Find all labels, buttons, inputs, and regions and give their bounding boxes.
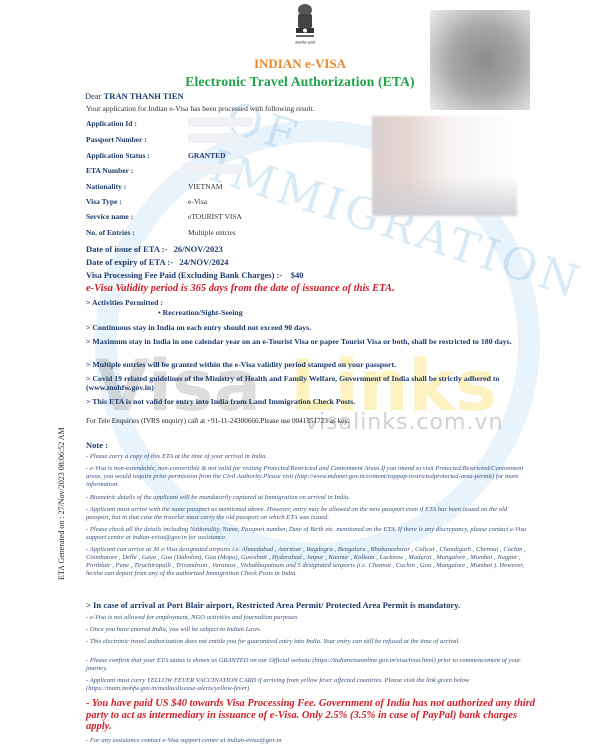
note-item: - Please check all the details including… — [86, 526, 531, 542]
condition-item: > This ETA is not valid for entry into I… — [86, 397, 526, 406]
generated-timestamp: ETA Generated on : 27/Nov/2023 08:06:52 … — [57, 427, 66, 580]
support-contact: - For any assistance contact e-Visa supp… — [86, 737, 531, 745]
port-blair-notice: > In case of arrival at Port Blair airpo… — [86, 600, 460, 610]
note-item: - Once you have entered India, you will … — [86, 626, 531, 634]
note-heading: Note : — [86, 440, 108, 450]
nationality-value: VIETNAM — [188, 182, 223, 191]
fee-label: Visa Processing Fee Paid (Excluding Bank… — [86, 270, 282, 280]
condition-item: > Multiple entries will be granted withi… — [86, 360, 526, 369]
national-emblem-icon: सत्यमेव जयते — [290, 2, 320, 46]
application-status-value: GRANTED — [188, 151, 226, 160]
document-title: INDIAN e-VISA — [0, 56, 600, 72]
field-label: Nationality : — [86, 182, 126, 191]
entries-value: Multiple entries — [188, 228, 236, 237]
applicant-photo — [372, 116, 517, 216]
eta-document: OF IMMIGRATION Visa Links visalinks.com.… — [0, 0, 600, 750]
intro-text: Your application for Indian e-Visa has b… — [86, 104, 315, 113]
activities-label: > Activities Permitted : — [86, 298, 526, 307]
field-label: ETA Number : — [86, 166, 133, 175]
greeting: Dear TRAN THANH TIEN — [85, 91, 184, 101]
greeting-prefix: Dear — [85, 91, 102, 101]
activity-item: • Recreation/Sight-Seeing — [158, 308, 598, 317]
fee-row: Visa Processing Fee Paid (Excluding Bank… — [86, 270, 303, 280]
note-item: - Applicant must arrive with the same pa… — [86, 506, 531, 522]
expiry-date-label: Date of expiry of ETA :- — [86, 257, 173, 267]
field-label: No. of Entries : — [86, 228, 135, 237]
service-name-value: eTOURIST VISA — [188, 212, 242, 221]
applicant-name: TRAN THANH TIEN — [104, 91, 184, 101]
validity-notice: e-Visa Validity period is 365 days from … — [86, 283, 395, 294]
condition-item: > Continuous stay in India on each entry… — [86, 323, 526, 332]
note-item: - e-Visa is non-extendable, non-converti… — [86, 465, 531, 489]
note-item: - Applicant can arrive at 30 e-Visa desi… — [86, 546, 531, 578]
field-label: Application Id : — [86, 119, 137, 128]
document-subtitle: Electronic Travel Authorization (ETA) — [0, 74, 600, 90]
visa-type-value: e-Visa — [188, 197, 207, 206]
redacted-passport-number — [188, 133, 243, 143]
condition-item: > Covid 19 related guidelines of the Min… — [86, 374, 526, 392]
expiry-date-value: 24/NOV/2024 — [179, 257, 228, 267]
issue-date-value: 26/NOV/2023 — [174, 244, 223, 254]
field-label: Application Status : — [86, 151, 150, 160]
field-label: Visa Type : — [86, 197, 122, 206]
condition-item: > Maximum stay in India in one calendar … — [86, 337, 526, 346]
note-item: - Please confirm that your ETA status is… — [86, 657, 531, 673]
note-item: - Please carry a copy of this ETA at the… — [86, 453, 531, 461]
fee-value: $40 — [291, 270, 304, 280]
note-item: - e-Visa is not allowed for employment, … — [86, 614, 531, 622]
field-label: Passport Number : — [86, 135, 147, 144]
issue-date-label: Date of issue of ETA :- — [86, 244, 167, 254]
field-label: Service name : — [86, 212, 133, 221]
note-item: - Biometric details of the applicant wil… — [86, 494, 531, 502]
redacted-application-id — [188, 117, 253, 127]
svg-text:सत्यमेव जयते: सत्यमेव जयते — [295, 40, 315, 45]
note-item: - This electronic travel authorization d… — [86, 638, 531, 646]
redacted-eta-number — [183, 164, 243, 174]
fee-warning: - You have paid US $40 towards Visa Proc… — [86, 698, 536, 733]
issue-date-row: Date of issue of ETA :- 26/NOV/2023 — [86, 244, 223, 254]
note-item: - Applicant must carry YELLOW FEVER VACC… — [86, 677, 531, 693]
expiry-date-row: Date of expiry of ETA :- 24/NOV/2024 — [86, 257, 228, 267]
tele-enquiry: For Tele Enquiries (IVRS enquiry) call a… — [86, 417, 349, 425]
